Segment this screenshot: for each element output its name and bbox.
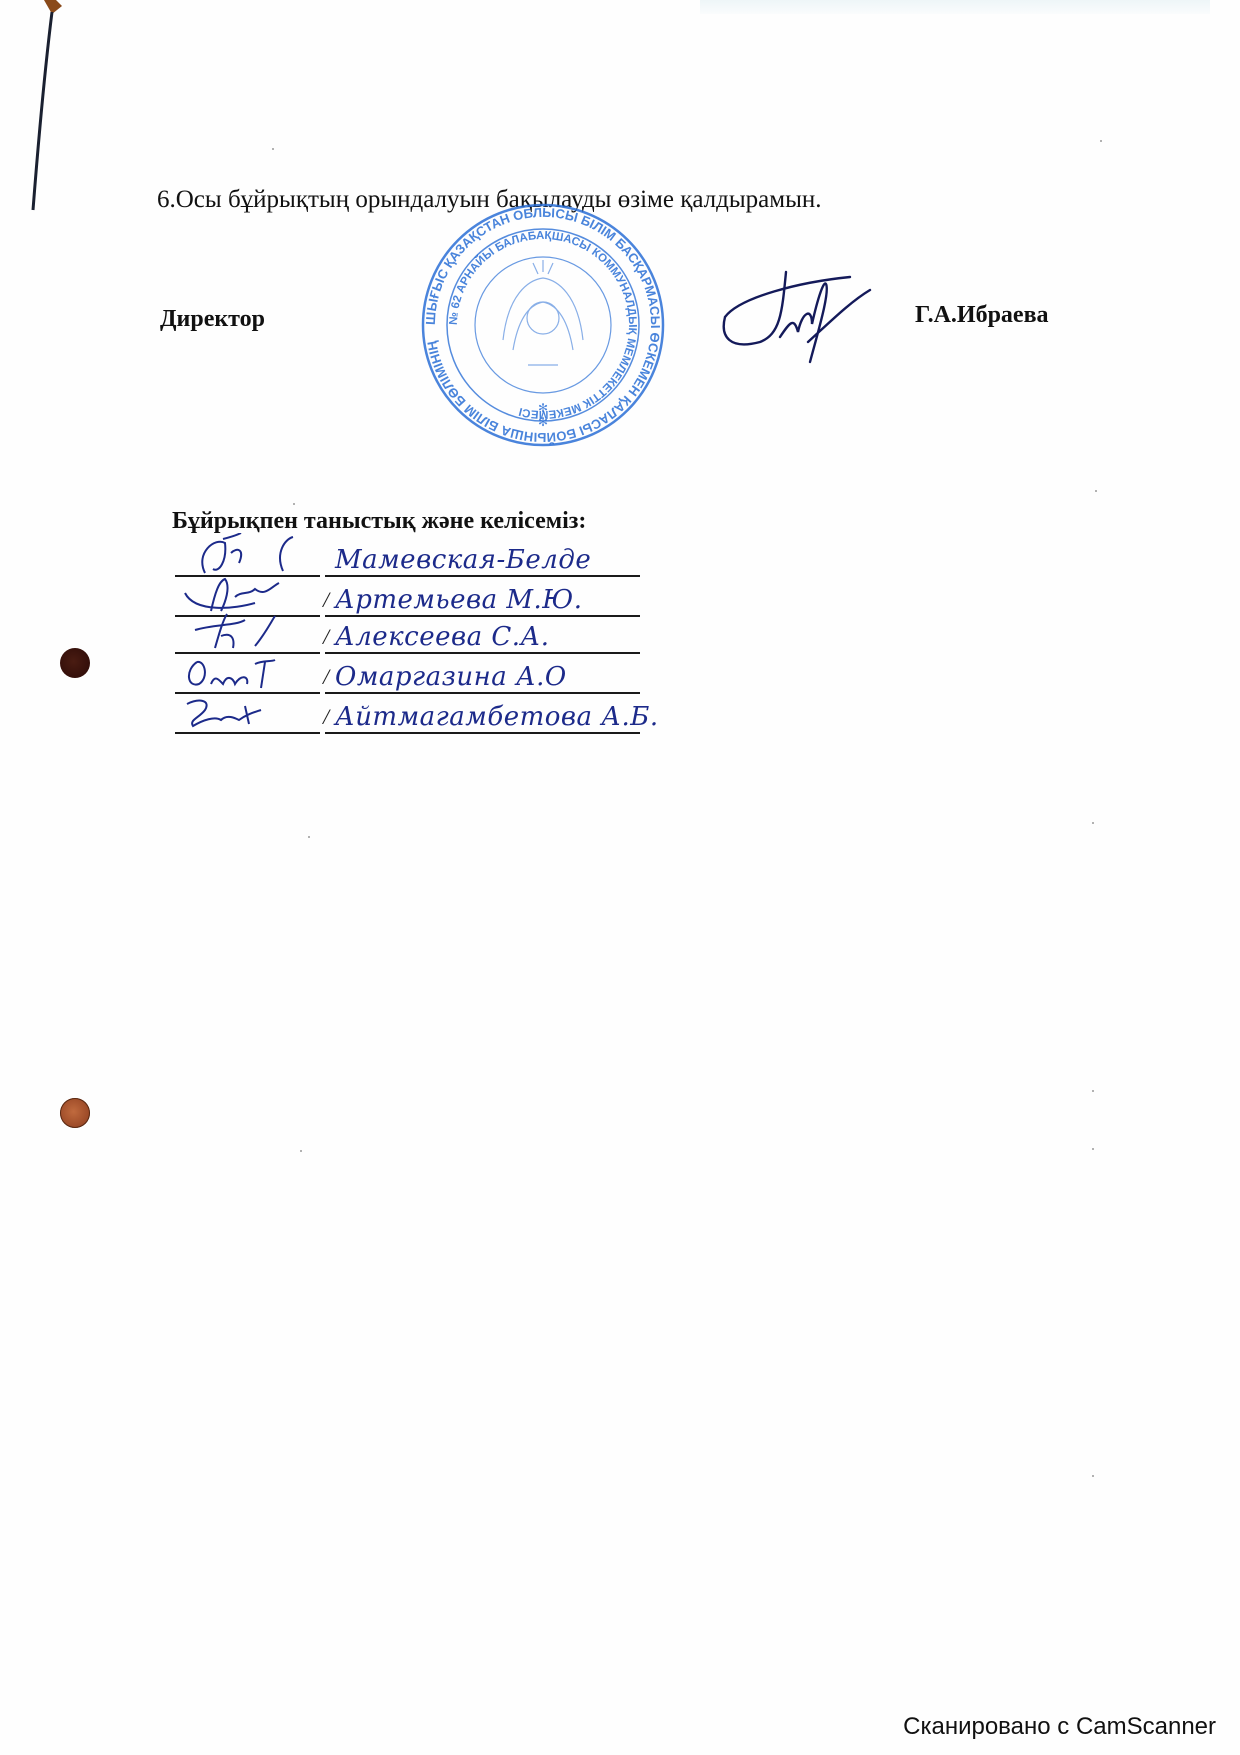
official-stamp-icon: ШЫҒЫС ҚАЗАҚСТАН ОБЛЫСЫ БІЛІМ БАСҚАРМАСЫ … [418,200,668,450]
director-name: Г.А.Ибраева [915,302,1049,329]
binding-edge-mark [0,0,70,220]
acknowledgment-row: / Айтмагамбетова А.Б. [175,694,645,734]
scan-speck [293,503,295,505]
punch-hole-icon [60,648,90,678]
handwritten-signature-icon [175,690,315,732]
handwritten-signature-icon [175,533,315,575]
acknowledgment-row: / Алексеева С.А. [175,614,645,654]
signer-name: Мамевская-Белде [335,545,591,575]
scan-speck [1095,490,1097,492]
scan-speck [308,836,310,838]
svg-text:№ 62 АРНАЙЫ БАЛАБАҚШАСЫ КОММУН: № 62 АРНАЙЫ БАЛАБАҚШАСЫ КОММУНАЛДЫҚ МЕМЛ… [448,230,638,420]
svg-text:✻: ✻ [538,401,548,415]
scanned-page: 6.Осы бұйрықтың орындалуын бақылауды өзі… [0,0,1240,1755]
scan-speck [1100,140,1102,142]
separator-slash: / [323,704,329,730]
signature-line [175,732,320,734]
acknowledgment-header: Бұйрықпен таныстық және келісеміз: [172,508,586,535]
acknowledgment-row: / Омаргазина А.О [175,654,645,694]
scan-speck [1092,822,1094,824]
signer-name: Алексеева С.А. [335,622,550,652]
name-line [325,732,640,734]
signer-name: Артемьева М.Ю. [335,585,583,615]
director-title: Директор [160,306,265,333]
handwritten-signature-icon [175,573,315,615]
svg-text:✻: ✻ [538,415,548,429]
scan-speck [1092,1090,1094,1092]
scan-speck [1092,1148,1094,1150]
punch-hole-icon [60,1098,90,1128]
scan-speck [300,1150,302,1152]
separator-slash: / [323,664,329,690]
acknowledgment-row: Мамевская-Белде [175,537,645,577]
director-signature-icon [720,262,880,372]
handwritten-signature-icon [175,610,315,652]
signer-name: Омаргазина А.О [335,662,567,692]
scan-speck [1092,1475,1094,1477]
scan-speck [272,148,274,150]
separator-slash: / [323,587,329,613]
camscanner-watermark: Сканировано с CamScanner [903,1713,1216,1741]
separator-slash: / [323,624,329,650]
signer-name: Айтмагамбетова А.Б. [335,702,659,732]
scan-edge-shadow [700,0,1210,14]
handwritten-signature-icon [175,650,315,692]
